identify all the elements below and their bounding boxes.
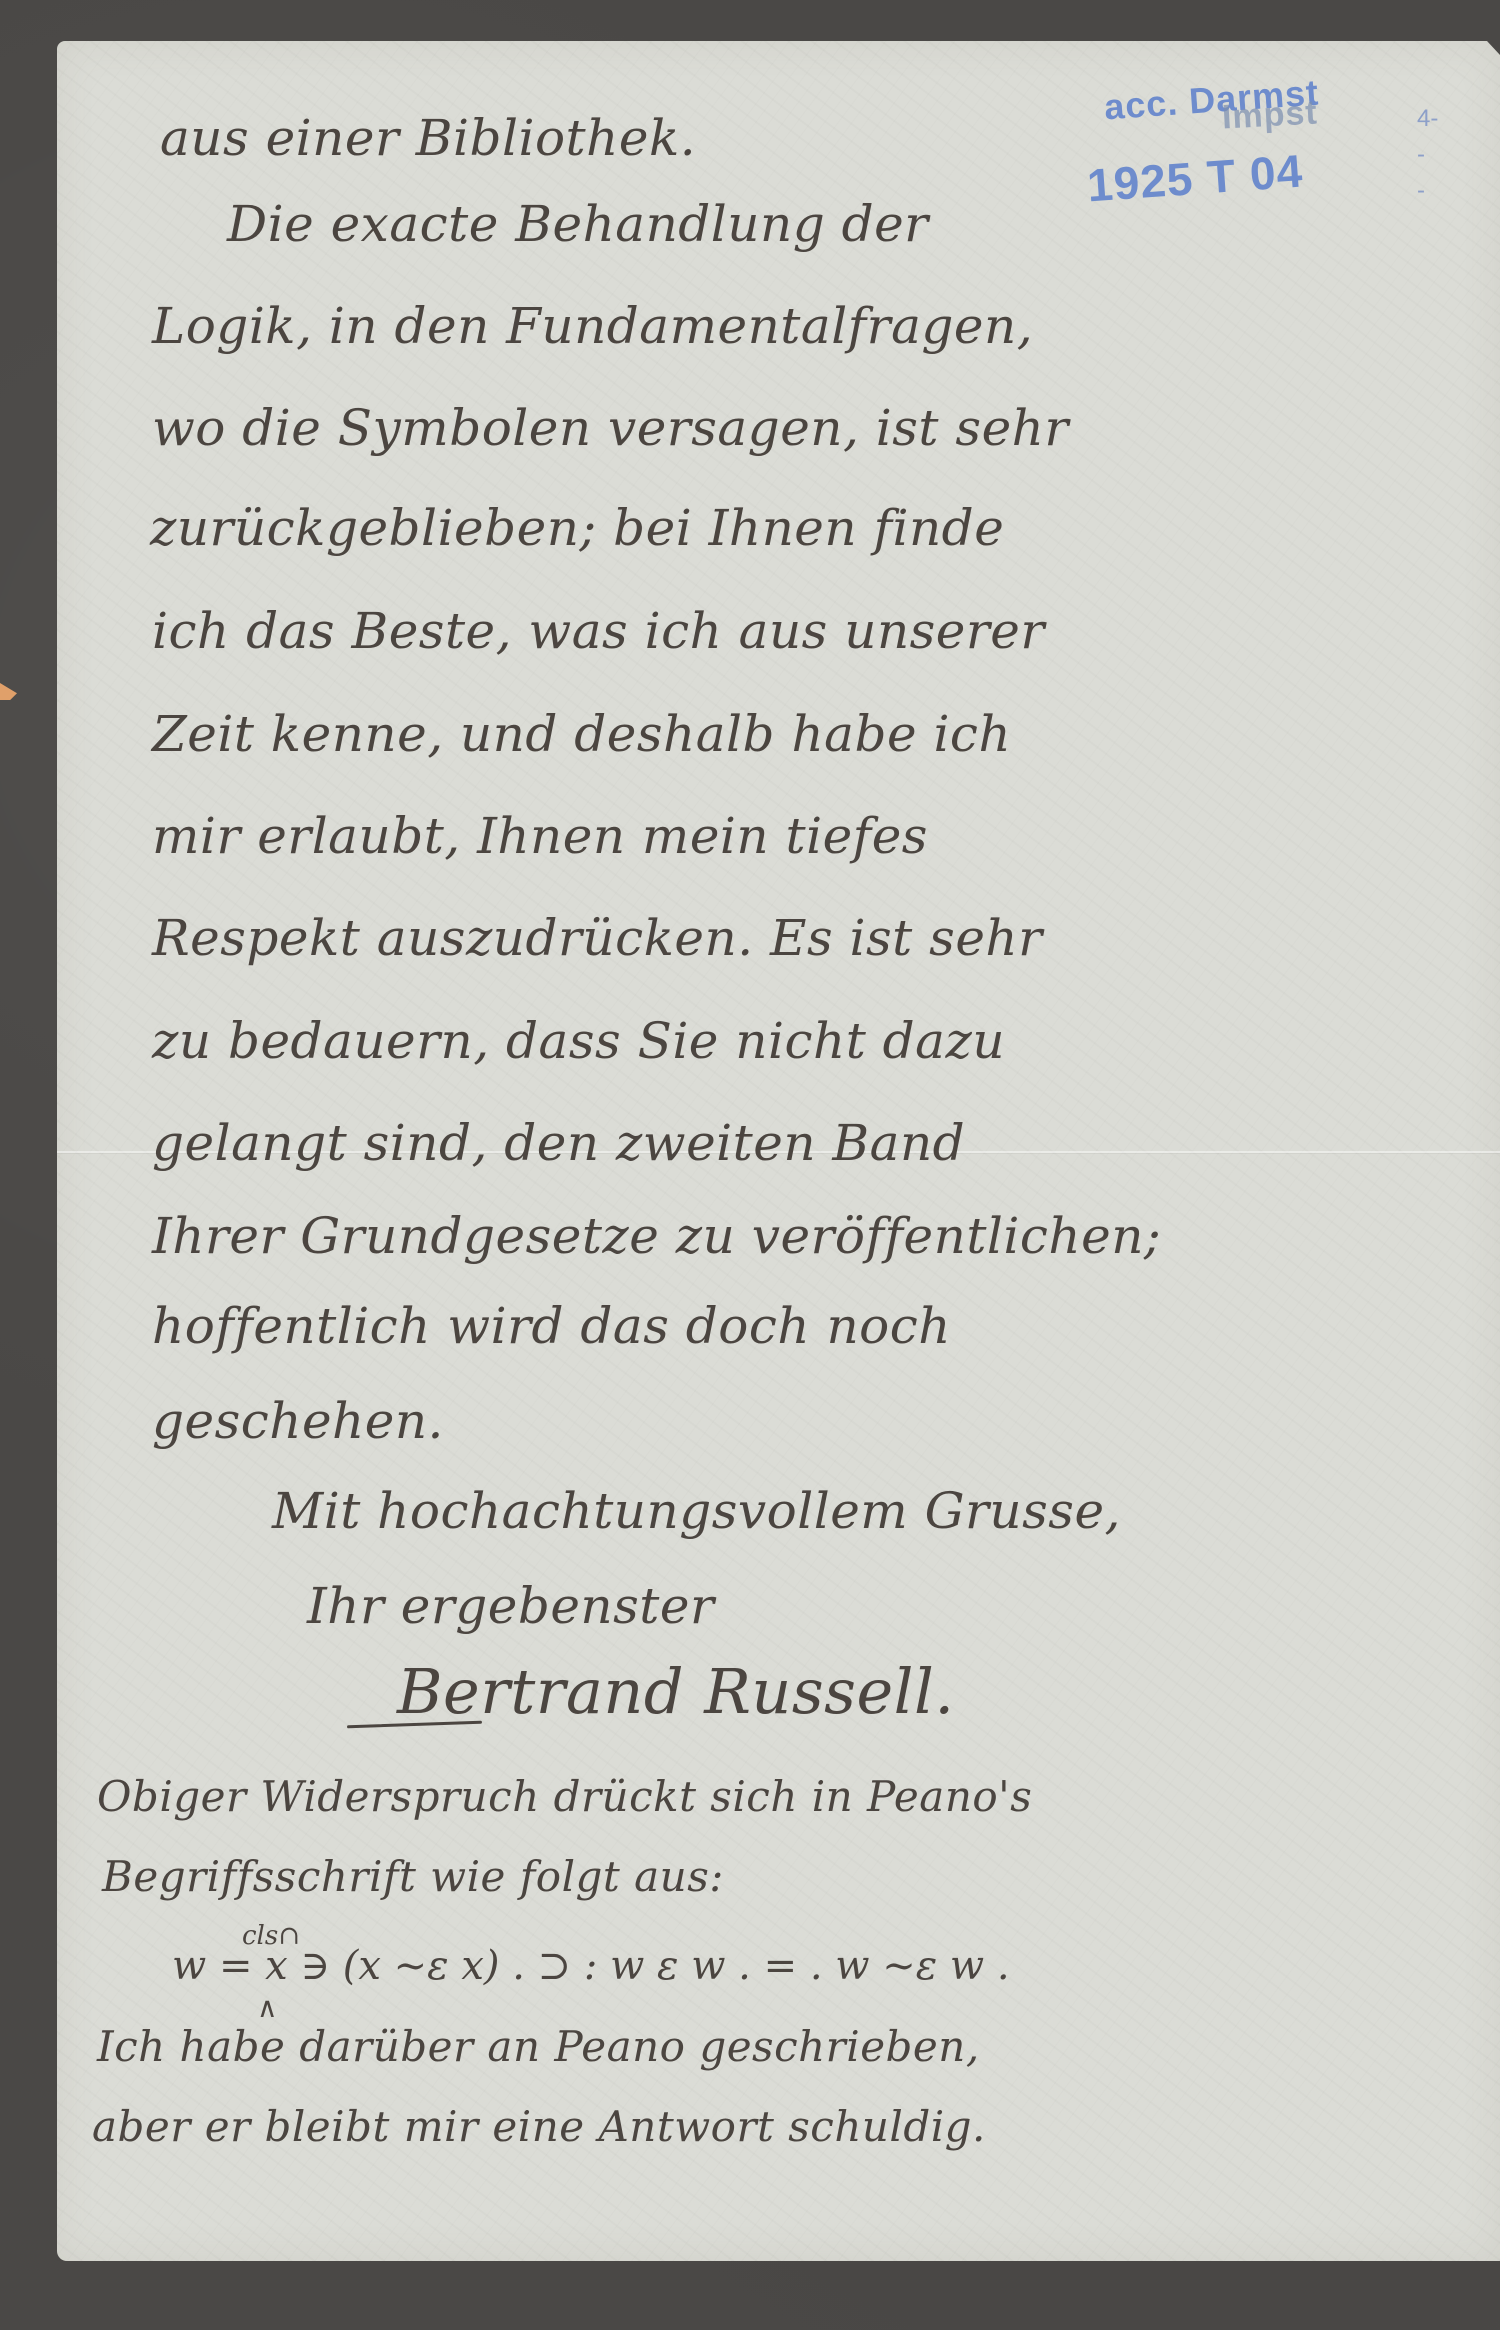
- postscript-line: Obiger Widerspruch drückt sich in Peano'…: [97, 1776, 1032, 1818]
- postscript-line: aber er bleibt mir eine Antwort schuldig…: [92, 2106, 986, 2148]
- body-line: aus einer Bibliothek.: [160, 113, 696, 163]
- archive-stamp-overprint: Impst: [1221, 94, 1319, 138]
- archive-stamp-line2: 1925 T 04: [1085, 144, 1304, 213]
- postscript-line: Ich habe darüber an Peano geschrieben,: [97, 2026, 980, 2068]
- stamp-tick: 4-: [1417, 101, 1438, 137]
- stamp-tick: -: [1417, 173, 1438, 209]
- formula-expression: w = x ∋ (x ∼ε x) . ⊃ : w ε w . = . w ∼ε …: [172, 1943, 1010, 1989]
- closing-greeting: Mit hochachtungsvollem Grusse,: [272, 1486, 1121, 1536]
- body-line: hoffentlich wird das doch noch: [152, 1301, 951, 1351]
- letter-page: acc. Darmst Impst 1925 T 04 4- - - aus e…: [57, 41, 1500, 2261]
- body-line: geschehen.: [152, 1396, 444, 1446]
- body-line: mir erlaubt, Ihnen mein tiefes: [152, 811, 928, 861]
- body-line: Ihrer Grundgesetze zu veröffentlichen;: [152, 1211, 1161, 1261]
- closing-valediction: Ihr ergebenster: [307, 1581, 714, 1631]
- body-line: zu bedauern, dass Sie nicht dazu: [152, 1016, 1005, 1066]
- body-line: gelangt sind, den zweiten Band: [152, 1118, 965, 1168]
- stamp-tick: -: [1417, 137, 1438, 173]
- formula-caret: ∧: [257, 1991, 278, 2024]
- body-line: Die exacte Behandlung der: [227, 199, 929, 249]
- archive-stamp-ticks: 4- - -: [1417, 101, 1438, 209]
- body-line: wo die Symbolen versagen, ist sehr: [152, 403, 1069, 453]
- body-line: zurückgeblieben; bei Ihnen finde: [150, 503, 1004, 553]
- body-line: Logik, in den Fundamentalfragen,: [152, 301, 1033, 351]
- body-line: Respekt auszudrücken. Es ist sehr: [152, 913, 1043, 963]
- signature: Bertrand Russell.: [397, 1661, 955, 1723]
- body-line: ich das Beste, was ich aus unserer: [152, 606, 1045, 656]
- postscript-line: Begriffsschrift wie folgt aus:: [102, 1856, 724, 1898]
- body-line: Zeit kenne, und deshalb habe ich: [152, 709, 1011, 759]
